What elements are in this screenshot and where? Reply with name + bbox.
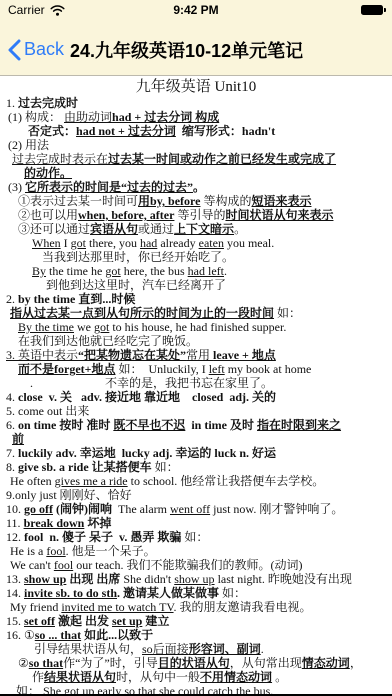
doc-text-segment: By xyxy=(32,264,46,278)
doc-line: (3) 它所表示的时间是“过去的过去”。 xyxy=(0,180,392,194)
doc-text-segment: 10. xyxy=(6,502,24,516)
doc-text-segment: (3) xyxy=(8,180,25,194)
doc-text-segment: 不用情态动词 xyxy=(200,670,272,684)
doc-text-segment: 既不早也不迟 xyxy=(113,418,185,432)
doc-text-segment: invite sb. to do sth xyxy=(24,586,117,600)
doc-line: 5. come out 出来 xyxy=(0,404,392,418)
doc-line: 6. on time 按时 准时 既不早也不迟 in time 及时 指在时限到… xyxy=(0,418,392,432)
doc-text-segment: 5. come out 出来 xyxy=(6,404,89,418)
doc-line: He often gives me a ride to school. 他经常让… xyxy=(0,474,392,488)
doc-text-segment: here, the bus xyxy=(121,264,188,278)
doc-text-segment: 1. xyxy=(6,96,18,110)
back-button[interactable]: Back xyxy=(8,39,64,61)
doc-text-segment: in time 及时 xyxy=(191,418,257,432)
doc-text-segment: got xyxy=(94,320,109,334)
doc-text-segment: 13. xyxy=(6,572,24,586)
doc-text-segment: 3. 英语中表示 xyxy=(6,348,78,362)
doc-text-segment: show up xyxy=(174,572,214,586)
doc-text-segment: 作“为了”时，引导 xyxy=(63,656,158,670)
doc-text-segment: 指从过去某一点到从句所示的时间为止的一段时间 xyxy=(10,306,274,320)
doc-text-segment: eaten xyxy=(199,236,224,250)
doc-text-segment xyxy=(180,390,192,404)
doc-text-segment: 2. xyxy=(6,292,18,306)
doc-text-segment: 由助动词 xyxy=(64,110,112,124)
doc-text-segment: 用by, before xyxy=(138,194,200,208)
doc-text-segment: 时间状语从句来表示 xyxy=(225,208,333,222)
doc-text-segment: so that xyxy=(29,656,63,670)
doc-text-segment: 在我们到达他就已经吃完了晚饭。 xyxy=(18,334,198,348)
doc-line: 的动作。 xyxy=(0,166,392,180)
doc-text-segment: 作 xyxy=(32,670,44,684)
doc-text-segment: 如： xyxy=(274,306,301,320)
doc-line: 到他到达这里时，汽车已经离开了 xyxy=(0,278,392,292)
doc-line: (2) 用法 xyxy=(0,138,392,152)
doc-text-segment: to school. 他经常让我搭便车去学校。 xyxy=(128,474,325,488)
doc-text-segment: 等构成的 xyxy=(200,194,251,208)
doc-text-segment: 11. xyxy=(6,516,24,530)
doc-text-segment: my book at home xyxy=(225,362,312,376)
doc-text-segment: to his house, he had finished supper. xyxy=(109,320,286,334)
doc-text-segment: so后面接 xyxy=(142,642,189,656)
doc-text-segment: 9.only just 刚刚好、恰好 xyxy=(6,488,132,502)
doc-text-segment: 如此...以致于 xyxy=(81,628,153,642)
doc-text-segment: ③还可以通过 xyxy=(18,222,90,236)
document-scroll-area[interactable]: 九年级英语 Unit10 1. 过去完成时(1) 构成： 由助动词had + 过… xyxy=(0,77,392,696)
doc-line: ②也可以用when, before, after 等引导的时间状语从句来表示 xyxy=(0,208,392,222)
doc-text-segment: . 他是一个呆子。 xyxy=(66,544,156,558)
doc-text-segment: 过去完成时 xyxy=(18,96,78,110)
doc-text-segment: 如： xyxy=(152,460,179,474)
doc-line: 14. invite sb. to do sth. 邀请某人做某做事 如： xyxy=(0,586,392,600)
doc-text-segment: 或通过 xyxy=(138,222,174,236)
doc-line: ②so that作“为了”时，引导目的状语从句，从句常出现情态动词， xyxy=(0,656,392,670)
doc-line: 4. close v. 关 adv. 接近地 靠近地 closed adj. 关… xyxy=(0,390,392,404)
doc-text-segment: (1) 构成： xyxy=(8,110,64,124)
doc-text-segment: . xyxy=(261,642,264,656)
doc-text-segment: The alarm xyxy=(112,502,170,516)
doc-text-segment: He often xyxy=(10,474,55,488)
doc-text-segment: 过去完成时表示在 xyxy=(12,152,108,166)
doc-line: 引导结果状语从句，so后面接形容词、副词. xyxy=(0,642,392,656)
doc-text-segment: We can't xyxy=(10,558,54,572)
doc-text-segment: 指在时限到来之 xyxy=(257,418,341,432)
doc-line: ①表示过去某一时间可用by, before 等构成的短语来表示 xyxy=(0,194,392,208)
doc-text-segment: got xyxy=(71,236,86,250)
doc-line: 指从过去某一点到从句所示的时间为止的一段时间 如： xyxy=(0,306,392,320)
doc-text-segment: the time he xyxy=(46,264,105,278)
battery-icon xyxy=(361,5,386,15)
doc-text-segment: had xyxy=(140,236,157,250)
doc-text-segment: we xyxy=(74,320,94,334)
doc-text-segment: fool n. 傻子 呆子 v. 愚弄 欺骗 xyxy=(24,530,181,544)
document-title: 九年级英语 Unit10 xyxy=(0,79,392,96)
doc-line: We can't fool our teach. 我们不能欺骗我们的教师。(动词… xyxy=(0,558,392,572)
doc-text-segment: leave + 地点 xyxy=(213,348,276,362)
doc-text-segment: (闹钟)闹响 xyxy=(53,502,112,516)
doc-text-segment: 到他到达这里时，汽车已经离开了 xyxy=(46,278,226,292)
doc-text-segment: 上下文暗示 xyxy=(174,222,234,236)
doc-line: My friend invited me to watch TV. 我的朋友邀请… xyxy=(0,600,392,614)
doc-text-segment: close v. 关 adv. 接近地 靠近地 xyxy=(18,390,180,404)
doc-text-segment: 。 xyxy=(234,222,246,236)
nav-bar: Back 24.九年级英语10-12单元笔记 xyxy=(0,20,392,76)
doc-line: 10. go off (闹钟)闹响 The alarm went off jus… xyxy=(0,502,392,516)
doc-text-segment: invited me to watch TV xyxy=(61,600,173,614)
doc-text-segment: ，从句常出现 xyxy=(230,656,302,670)
doc-text-segment: 。 xyxy=(272,670,287,684)
doc-text-segment: 结果状语从句 xyxy=(44,670,116,684)
doc-line: 11. break down 坏掉 xyxy=(0,516,392,530)
doc-text-segment: 短语来表示 xyxy=(251,194,311,208)
doc-line: ③还可以通过宾语从句或通过上下文暗示。 xyxy=(0,222,392,236)
back-button-label: Back xyxy=(24,39,64,60)
doc-line: 在我们到达他就已经吃完了晚饭。 xyxy=(0,334,392,348)
doc-text-segment: had + 过去分词 构成 xyxy=(112,110,219,124)
doc-line: . 不幸的是，我把书忘在家里了。 xyxy=(0,376,392,390)
doc-text-segment: you meal. xyxy=(224,236,274,250)
doc-text-segment: By the time xyxy=(18,320,74,334)
doc-line: 2. by the time 直到...时候 xyxy=(0,292,392,306)
page-title: 24.九年级英语10-12单元笔记 xyxy=(70,37,303,63)
doc-text-segment: set up xyxy=(112,614,142,628)
doc-text-segment: last night. 昨晚她没有出现 xyxy=(215,572,352,586)
doc-line: 12. fool n. 傻子 呆子 v. 愚弄 欺骗 如： xyxy=(0,530,392,544)
doc-text-segment: 15. xyxy=(6,614,24,628)
doc-text-segment: 它所表示的时间是“过去的过去” xyxy=(25,180,193,194)
doc-text-segment: When xyxy=(32,236,61,250)
doc-text-segment: (2) 用法 xyxy=(8,138,49,152)
doc-line: He is a fool. 他是一个呆子。 xyxy=(0,544,392,558)
status-bar: Carrier 9:42 PM xyxy=(0,0,392,20)
doc-line: 13. show up 出现 出席 She didn't show up las… xyxy=(0,572,392,586)
doc-text-segment: 如： xyxy=(219,586,246,600)
document-body: 1. 过去完成时(1) 构成： 由助动词had + 过去分词 构成否定式：had… xyxy=(0,96,392,696)
doc-text-segment: ②也可以用 xyxy=(18,208,78,222)
doc-text-segment: break down xyxy=(24,516,85,530)
doc-text-segment: “把某物遗忘在某处” xyxy=(78,348,186,362)
doc-text-segment: 建立 xyxy=(142,614,169,628)
doc-line: 否定式：had not + 过去分词 缩写形式：hadn't xyxy=(0,124,392,138)
doc-text-segment: . 我的朋友邀请我看电视。 xyxy=(174,600,312,614)
doc-text-segment: by the time 直到...时候 xyxy=(18,292,135,306)
doc-text-segment: 4. xyxy=(6,390,18,404)
doc-text-segment: . 邀请某人做某做事 xyxy=(117,586,219,600)
back-chevron-icon xyxy=(8,39,21,61)
doc-line: 3. 英语中表示“把某物遗忘在某处”常用 leave + 地点 xyxy=(0,348,392,362)
doc-text-segment: 如： Unluckily, I xyxy=(115,362,208,376)
doc-line: 作结果状语从句时，从句中一般不用情态动词 。 xyxy=(0,670,392,684)
doc-text-segment: our teach. 我们不能欺骗我们的教师。(动词) xyxy=(73,558,302,572)
doc-text-segment: 7. xyxy=(6,446,18,460)
doc-text-segment: 14. xyxy=(6,586,24,600)
doc-line: 当我到达那里时，你已经开始吃了。 xyxy=(0,250,392,264)
doc-text-segment: 的动作。 xyxy=(24,166,72,180)
doc-text-segment: She didn't xyxy=(120,572,174,586)
doc-text-segment: already xyxy=(157,236,198,250)
doc-text-segment: 情态动词 xyxy=(302,656,350,670)
doc-text-segment: My friend xyxy=(10,600,61,614)
doc-line: 15. set off 激起 出发 set up 建立 xyxy=(0,614,392,628)
doc-text-segment: had left xyxy=(188,264,224,278)
doc-text-segment: ② xyxy=(18,656,29,670)
doc-text-segment: 8. xyxy=(6,460,18,474)
doc-text-segment: 如： xyxy=(181,530,208,544)
doc-text-segment: left xyxy=(209,362,225,376)
doc-text-segment: 激起 出发 xyxy=(55,614,112,628)
doc-line: 而不是forget+地点 如： Unluckily, I left my boo… xyxy=(0,362,392,376)
doc-text-segment: there, you xyxy=(86,236,140,250)
doc-text-segment: 时，从句中一般 xyxy=(116,670,200,684)
doc-text-segment: 前 xyxy=(12,432,24,446)
doc-text-segment: luckily adv. 幸运地 lucky adj. 幸运的 luck n. … xyxy=(18,446,276,460)
doc-text-segment: 目的状语从句 xyxy=(158,656,230,670)
doc-text-segment: on time 按时 准时 xyxy=(18,418,113,432)
doc-line: 9.only just 刚刚好、恰好 xyxy=(0,488,392,502)
doc-text-segment: 宾语从句 xyxy=(90,222,138,236)
doc-line: When I got there, you had already eaten … xyxy=(0,236,392,250)
doc-text-segment: . xyxy=(224,264,227,278)
doc-text-segment: 坏掉 xyxy=(84,516,111,530)
doc-text-segment: fool xyxy=(46,544,65,558)
doc-text-segment: 6. xyxy=(6,418,18,432)
doc-text-segment: closed adj. 关的 xyxy=(192,390,276,404)
doc-text-segment: ①表示过去某一时间可 xyxy=(18,194,138,208)
doc-text-segment: went off xyxy=(170,502,210,516)
doc-text-segment: He is a xyxy=(10,544,46,558)
doc-text-segment: 常用 xyxy=(186,348,213,362)
doc-line: (1) 构成： 由助动词had + 过去分词 构成 xyxy=(0,110,392,124)
doc-text-segment: got xyxy=(105,264,120,278)
doc-text-segment: 12. xyxy=(6,530,24,544)
doc-text-segment: 不幸的是，我把书忘在家里了。 xyxy=(33,376,273,390)
doc-text-segment: I xyxy=(61,236,71,250)
doc-line: 过去完成时表示在过去某一时间或动作之前已经发生或完成了 xyxy=(0,152,392,166)
doc-line: By the time we got to his house, he had … xyxy=(0,320,392,334)
doc-text-segment: 当我到达那里时，你已经开始吃了。 xyxy=(42,250,234,264)
doc-line: 8. give sb. a ride 让某搭便车 如： xyxy=(0,460,392,474)
doc-line: 7. luckily adv. 幸运地 lucky adj. 幸运的 luck … xyxy=(0,446,392,460)
doc-text-segment: give sb. a ride 让某搭便车 xyxy=(18,460,152,474)
doc-text-segment: 而不是forget+地点 xyxy=(18,362,115,376)
status-time: 9:42 PM xyxy=(0,3,392,17)
doc-line: 前 xyxy=(0,432,392,446)
app-screen: Carrier 9:42 PM Back 24.九年级英语10-12单元笔记 九… xyxy=(0,0,392,696)
doc-text-segment: 形容词、副词 xyxy=(189,642,261,656)
doc-text-segment: show up xyxy=(24,572,66,586)
doc-text-segment: gives me a ride xyxy=(55,474,128,488)
doc-line: 16. ①so ... that 如此...以致于 xyxy=(0,628,392,642)
doc-line: 1. 过去完成时 xyxy=(0,96,392,110)
doc-line: By the time he got here, the bus had lef… xyxy=(0,264,392,278)
doc-text-segment: go off xyxy=(24,502,53,516)
doc-text-segment: fool xyxy=(54,558,73,572)
doc-text-segment: 引导结果状语从句， xyxy=(34,642,142,656)
doc-text-segment: set off xyxy=(24,614,55,628)
doc-text-segment: so ... that xyxy=(35,628,81,642)
doc-text-segment: when, before, after xyxy=(78,208,174,222)
doc-text-segment: 16. ① xyxy=(6,628,35,642)
doc-text-segment: 过去某一时间或动作之前已经发生或完成了 xyxy=(108,152,336,166)
doc-text-segment: 缩写形式： xyxy=(182,124,242,138)
doc-text-segment: 出现 出席 xyxy=(66,572,120,586)
doc-text-segment: hadn't xyxy=(242,124,275,138)
doc-text-segment: 等引导的 xyxy=(174,208,225,222)
doc-text-segment: ， xyxy=(350,656,362,670)
doc-text-segment: 。 xyxy=(193,180,205,194)
doc-text-segment: just now. 刚才警钟响了。 xyxy=(210,502,343,516)
doc-text-segment: 否定式： xyxy=(28,124,76,138)
doc-text-segment: had not + 过去分词 xyxy=(76,124,176,138)
